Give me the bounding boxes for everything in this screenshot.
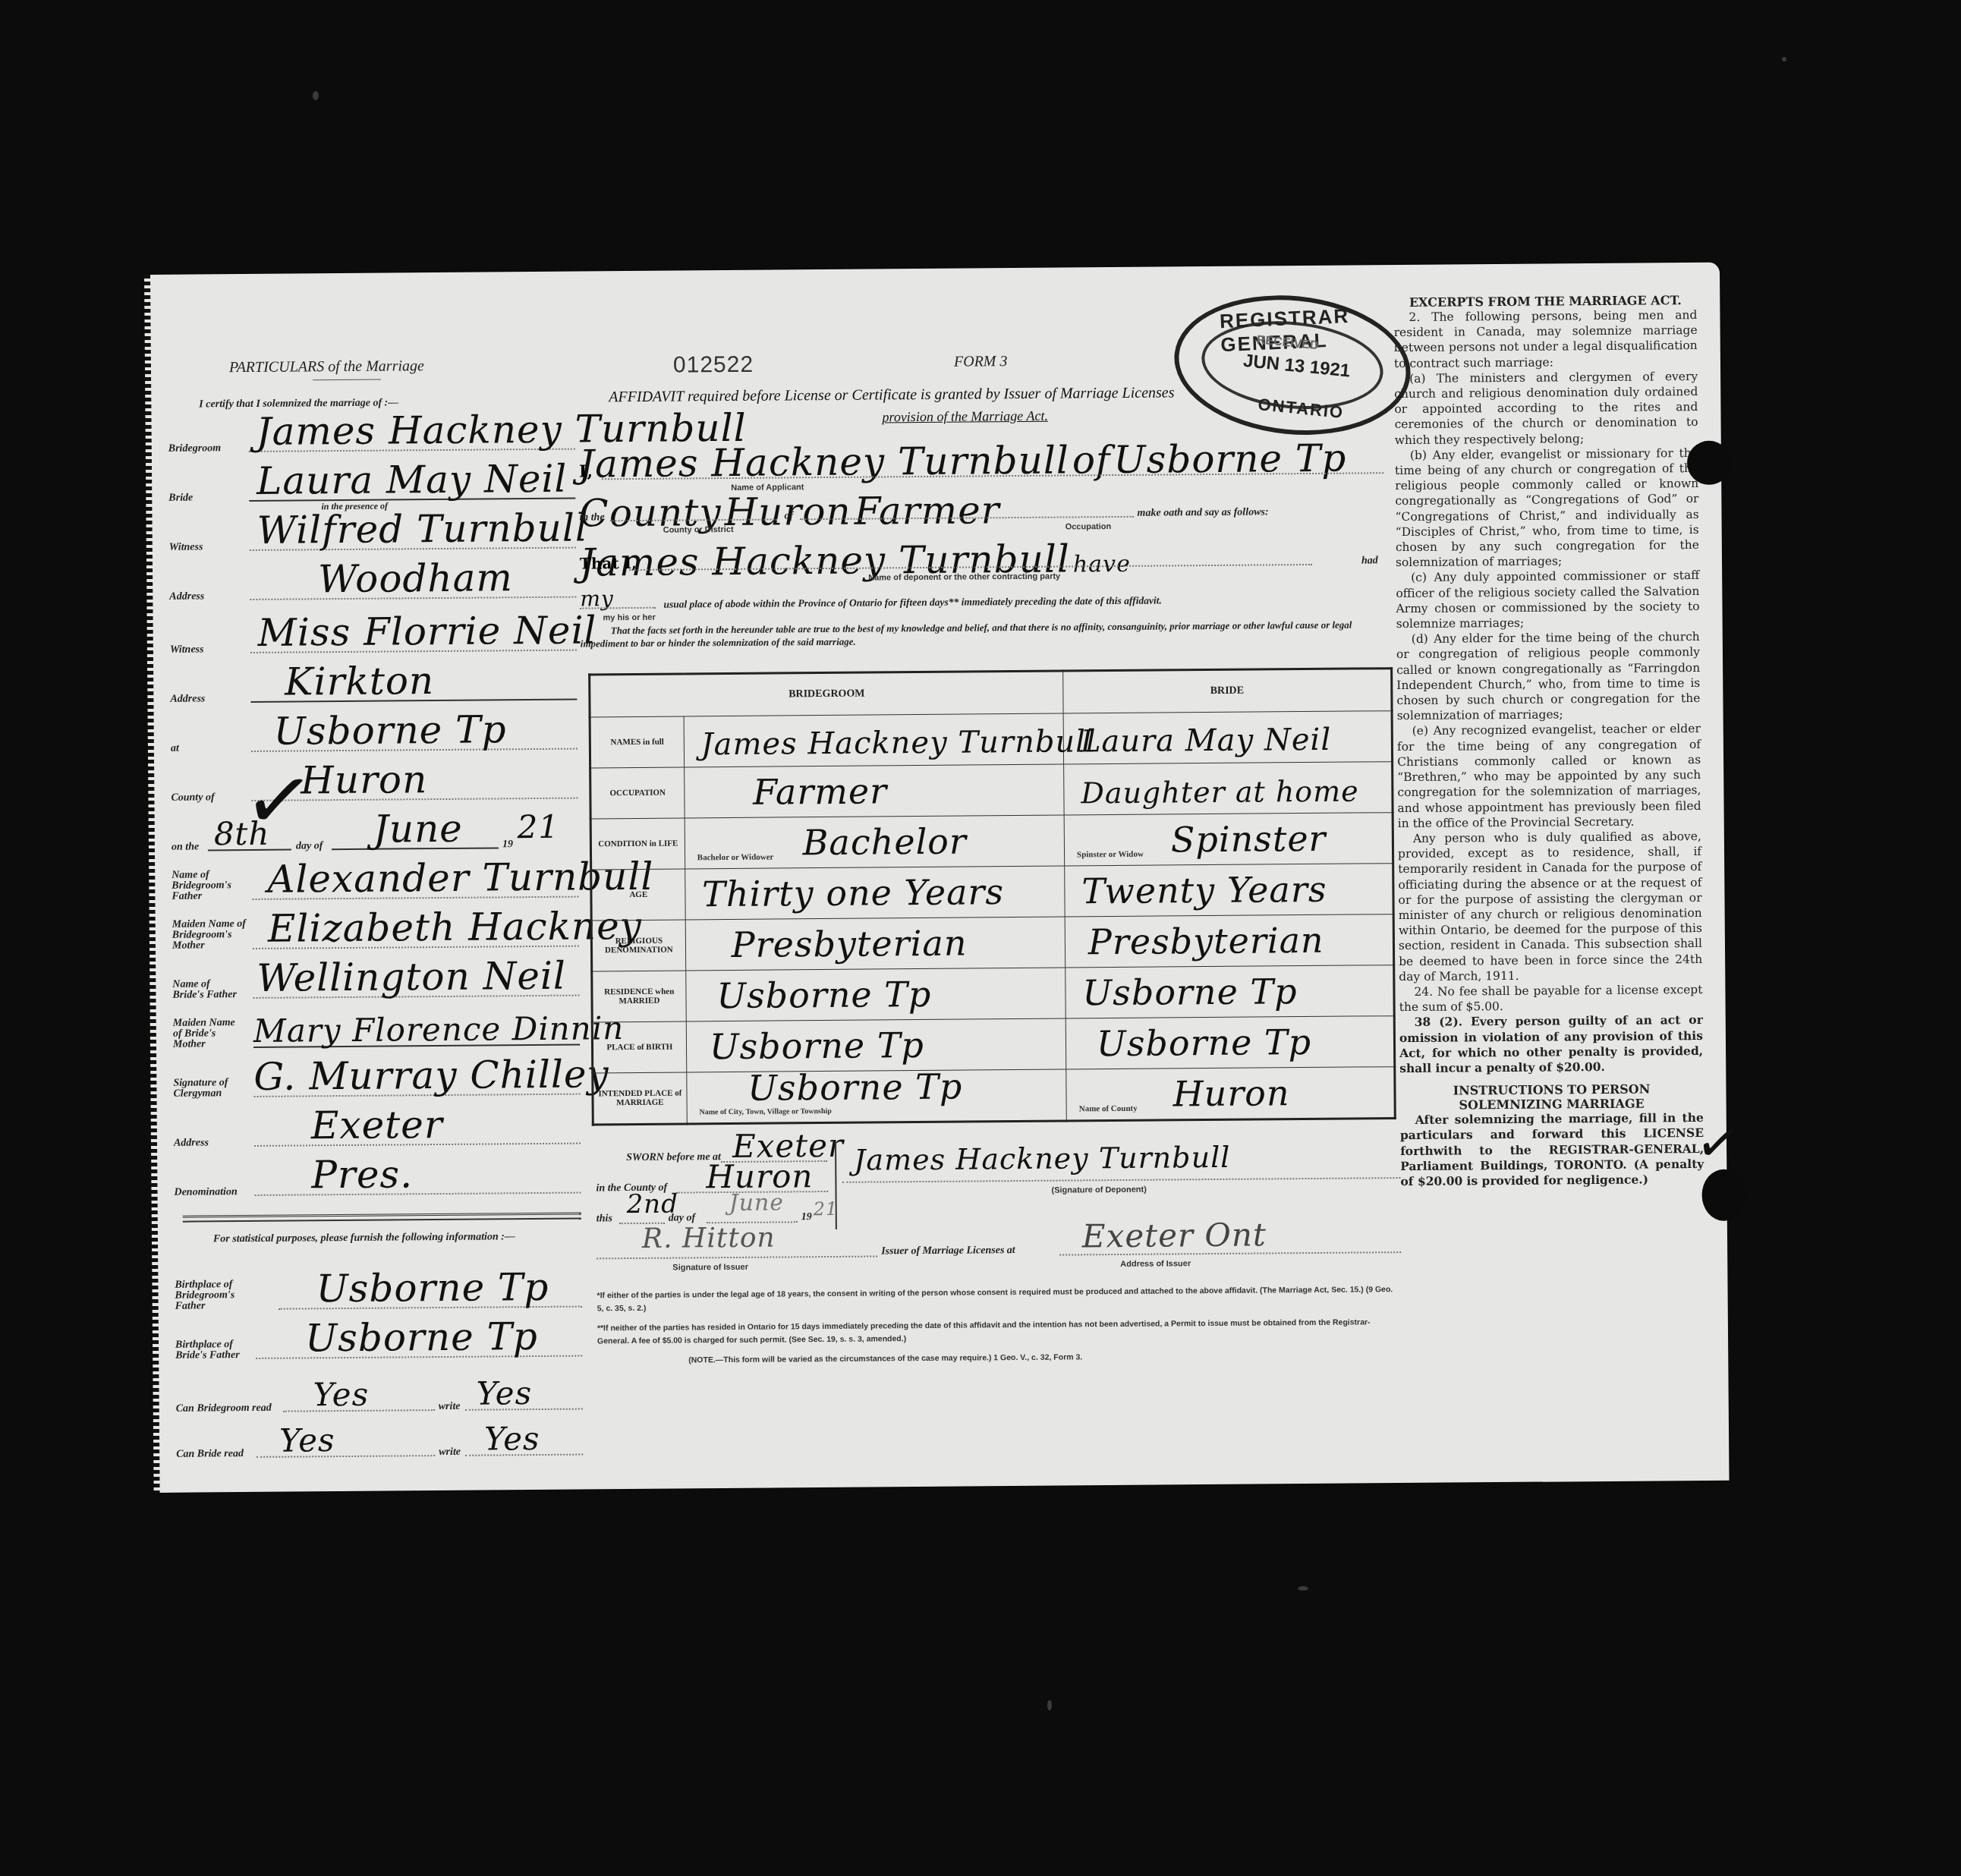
groom-age: Thirty one Years: [702, 871, 1004, 914]
groom-read-value: Yes: [313, 1376, 369, 1414]
address-1-value: Woodham: [318, 556, 513, 601]
footnote-under-age: *If either of the parties is under the l…: [597, 1283, 1402, 1315]
field-denomination: Denomination Pres.: [171, 1148, 581, 1204]
table-row: AGE Thirty one Years Twenty Years: [591, 864, 1393, 921]
field-witness-1: Witness Wilfred Turnbull: [165, 503, 576, 559]
month-value: June: [373, 807, 463, 851]
abode-line: my my his or her usual place of abode wi…: [580, 580, 1384, 616]
field-bride-father-birthplace: Birthplace of Bride's Father Usborne Tp: [172, 1311, 583, 1368]
header-bridegroom: BRIDEGROOM: [590, 671, 1063, 717]
excerpt-paragraph: 24. No fee shall be payable for a licens…: [1399, 982, 1702, 1015]
statistics-intro: For statistical purposes, please furnish…: [183, 1229, 578, 1248]
clergyman-address-value: Exeter: [311, 1103, 443, 1147]
witness-2-value: Miss Florrie Neil: [257, 608, 596, 655]
particulars-table: BRIDEGROOM BRIDE NAMES in full James Hac…: [588, 667, 1396, 1125]
footnote-residency: **If neither of the parties has resided …: [597, 1316, 1402, 1348]
groom-residence: Usborne Tp: [716, 974, 932, 1016]
bride-read-value: Yes: [279, 1421, 335, 1459]
field-groom-mother: Maiden Name of Bridegroom's Mother Eliza…: [169, 902, 580, 958]
instructions-title: INSTRUCTIONS TO PERSON SOLEMNIZING MARRI…: [1399, 1081, 1703, 1113]
address-2-value: Kirkton: [285, 659, 434, 704]
field-clergyman-address: Address Exeter: [171, 1099, 581, 1155]
excerpt-paragraph: 2. The following persons, being men and …: [1393, 307, 1698, 371]
applicant-county-line: in the County County or District of Huro…: [579, 485, 1383, 529]
table-row: RESIDENCE when MARRIED Usborne Tp Usborn…: [592, 965, 1394, 1022]
field-bride-literacy: Can Bride read Yes write Yes: [173, 1410, 584, 1466]
groom-occupation: Farmer: [753, 770, 887, 812]
marriage-act-excerpts: EXCERPTS FROM THE MARRIAGE ACT. 2. The f…: [1393, 293, 1704, 1189]
table-row: PLACE of BIRTH Usborne Tp Usborne Tp: [592, 1016, 1394, 1073]
form-label: FORM 3: [954, 353, 1008, 371]
punch-hole: [1687, 441, 1731, 485]
instructions-text: After solemnizing the marriage, fill in …: [1400, 1110, 1704, 1189]
excerpt-paragraph: Any person who is duly qualified as abov…: [1398, 829, 1703, 984]
groom-mother-value: Elizabeth Hackney: [268, 904, 643, 951]
groom-condition: Bachelor: [802, 821, 967, 864]
punch-hole: [1701, 1169, 1746, 1221]
field-groom-father-birthplace: Birthplace of Bridegroom's Father Usborn…: [172, 1262, 582, 1318]
bride-father-birthplace-value: Usborne Tp: [305, 1314, 538, 1360]
bride-occupation: Daughter at home: [1081, 774, 1359, 810]
bride-residence: Usborne Tp: [1082, 971, 1298, 1013]
bride-condition: Spinster: [1171, 818, 1327, 861]
excerpt-paragraph: (e) Any recognized evangelist, teacher o…: [1397, 721, 1701, 831]
sworn-section: SWORN before me at Exeter in the County …: [596, 1122, 1402, 1280]
field-witness-2: Witness Miss Florrie Neil: [166, 606, 577, 662]
affidavit-heading-line2: provision of the Marriage Act.: [882, 408, 1048, 426]
clergyman-signature-value: G. Murray Chilley: [253, 1052, 609, 1099]
issuer-address-value: Exeter Ont: [1082, 1216, 1267, 1254]
particulars-section: PARTICULARS of the Marriage I certify th…: [164, 272, 584, 1489]
marriage-registration-form: PARTICULARS of the Marriage I certify th…: [149, 263, 1730, 1493]
field-date: on the 8th day of June 19 21: [168, 803, 578, 859]
bride-name-value: Laura May Neil: [257, 457, 568, 503]
bride-religion: Presbyterian: [1088, 920, 1324, 962]
sworn-year-value: 21: [814, 1198, 839, 1220]
scan-speck: [1047, 1700, 1052, 1711]
occupation-value: Farmer: [854, 488, 999, 534]
table-row: NAMES in full James Hackney Turnbull Lau…: [590, 711, 1392, 768]
check-mark-icon: ✓: [1692, 1109, 1746, 1179]
bride-father-value: Wellington Neil: [257, 954, 566, 1000]
groom-full-name: James Hackney Turnbull: [700, 724, 1096, 762]
field-address-2: Address Kirkton: [167, 655, 578, 711]
table-row: OCCUPATION Farmer Daughter at home: [590, 762, 1393, 819]
groom-birthplace: Usborne Tp: [710, 1025, 925, 1067]
header-bride: BRIDE: [1063, 669, 1392, 713]
deponent-line: That I, James Hackney Turnbull Name of d…: [580, 534, 1384, 578]
scan-speck: [1782, 57, 1786, 61]
section-divider: [183, 1213, 581, 1223]
groom-religion: Presbyterian: [732, 923, 968, 965]
field-address-1: Address Woodham: [166, 552, 577, 609]
bride-mother-value: Mary Florence Dinnin: [253, 1009, 625, 1050]
have-has-value: have: [1073, 551, 1131, 578]
excerpt-paragraph: 38 (2). Every person guilty of an act or…: [1399, 1012, 1704, 1076]
field-clergyman-signature: Signature of Clergyman G. Murray Chilley: [170, 1050, 581, 1106]
issuer-signature-value: R. Hitton: [642, 1223, 776, 1254]
facts-statement: That the facts set forth in the hereunde…: [581, 618, 1385, 650]
applicant-line: I, James Hackney Turnbull of Usborne Tp …: [579, 436, 1383, 487]
year-value: 21: [518, 808, 560, 845]
groom-father-birthplace-value: Usborne Tp: [316, 1265, 549, 1311]
footnote-form-note: (NOTE.—This form will be varied as the c…: [688, 1350, 1371, 1365]
registrar-general-received-stamp: REGISTRAR GENERAL RECEIVED JUN 13 1921 O…: [1168, 285, 1417, 445]
bride-write-value: Yes: [484, 1420, 540, 1458]
excerpt-paragraph: (b) Any elder, evangelist or missionary …: [1395, 445, 1699, 571]
day-value: 8th: [214, 815, 270, 853]
sworn-month-value: June: [729, 1189, 784, 1217]
county-value: Huron: [301, 757, 427, 802]
deponent-signature-value: James Hackney Turnbull: [854, 1141, 1231, 1177]
table-row: CONDITION in LIFE Bachelor or WidowerBac…: [590, 813, 1393, 870]
scan-speck: [313, 91, 319, 100]
field-county: County of Huron: [168, 754, 578, 810]
field-groom-father: Name of Bridegroom's Father Alexander Tu…: [168, 852, 579, 908]
affidavit-heading: AFFIDAVIT required before License or Cer…: [609, 384, 1174, 406]
excerpt-paragraph: (c) Any duly appointed commissioner or s…: [1396, 568, 1700, 631]
field-bridegroom: Bridegroom James Hackney Turnbull: [165, 404, 575, 461]
excerpt-paragraph: (d) Any elder for the time being of the …: [1396, 629, 1701, 723]
groom-intended-place: Usborne Tp: [748, 1066, 963, 1109]
scan-speck: [1298, 1586, 1308, 1591]
field-bride-mother: Maiden Name of Bride's Mother Mary Flore…: [170, 1000, 581, 1056]
denomination-value: Pres.: [311, 1152, 413, 1197]
field-at: at Usborne Tp: [167, 704, 578, 760]
bride-full-name: Laura May Neil: [1081, 722, 1332, 760]
field-bride-father: Name of Bride's Father Wellington Neil: [169, 951, 580, 1007]
groom-write-value: Yes: [476, 1374, 532, 1412]
title-underline: [313, 379, 381, 381]
table-row: INTENDED PLACE of MARRIAGE Name of City,…: [593, 1067, 1396, 1125]
excerpt-paragraph: (a) The ministers and clergymen of every…: [1394, 369, 1698, 448]
intended-county: Huron: [1173, 1072, 1289, 1114]
table-row: RELIGIOUS DENOMINATION Presbyterian Pres…: [591, 914, 1393, 971]
witness-1-value: Wilfred Turnbull: [257, 505, 588, 552]
bride-age: Twenty Years: [1081, 869, 1327, 912]
place-value: Usborne Tp: [274, 707, 507, 753]
form-serial-number: 012522: [673, 352, 754, 379]
bride-birthplace: Usborne Tp: [1097, 1021, 1312, 1064]
particulars-title: PARTICULARS of the Marriage: [229, 357, 424, 376]
